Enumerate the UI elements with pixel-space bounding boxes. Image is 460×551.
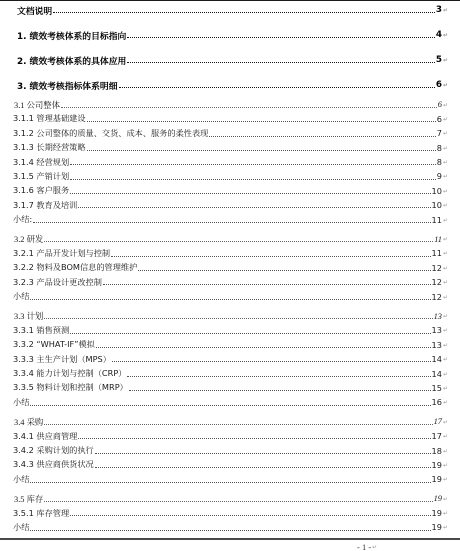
dot-leader (30, 530, 430, 531)
toc-entry-label: 3.1.4 经营规划 (13, 157, 69, 168)
toc-entry[interactable]: 3.3.4 能力计划与控制（CRP）14↵ (0, 366, 460, 380)
toc-entry-label: 3.1.2 公司整体的质量、交货、成本、服务的柔性表现 (13, 128, 208, 139)
paragraph-mark-icon: ↵ (443, 497, 448, 503)
dot-leader (96, 347, 431, 348)
paragraph-mark-icon: ↵ (443, 434, 448, 440)
dot-leader (87, 150, 436, 151)
dot-leader (53, 12, 435, 13)
dot-leader (44, 501, 432, 502)
paragraph-mark-icon: ↵ (443, 328, 448, 334)
toc-entry[interactable]: 3.2.2 物料及BOM信息的管理维护12↵ (0, 261, 460, 275)
toc-entry[interactable]: 3. 绩效考核指标体系明细6↵ (0, 78, 460, 92)
dot-leader (129, 390, 431, 391)
dot-leader (44, 318, 432, 319)
toc-entry[interactable]: 3.4.3 供应商供货状况19↵ (0, 458, 460, 472)
toc-entry[interactable]: 2. 绩效考核体系的具体应用5↵ (0, 53, 460, 67)
toc-page-number: 8 (437, 157, 442, 167)
toc-entry-label: 3.1.6 客户服务 (13, 185, 69, 196)
toc-page-number: 12 (432, 277, 442, 287)
toc-entry-label: 3.1.7 教育及培训 (13, 200, 77, 211)
paragraph-mark-icon: ↵ (443, 237, 448, 243)
toc-page-number: 8 (437, 143, 442, 153)
toc-page-number: 12 (432, 292, 442, 302)
toc-entry-label: 3.2.3 产品设计更改控制 (13, 277, 102, 288)
dot-leader (70, 179, 436, 180)
toc-entry-label: 小结 (13, 397, 29, 408)
toc-entry-label: 3. 绩效考核指标体系明细 (17, 79, 118, 92)
toc-page-number: 15 (432, 383, 442, 393)
toc-page-number: 19 (432, 474, 442, 484)
paragraph-mark-icon: ↵ (443, 400, 448, 406)
toc-entry-label: 3.3 计划 (14, 310, 43, 322)
toc-page-number: 3 (436, 5, 442, 15)
toc-entry[interactable]: 3.2 研发11↵ (0, 232, 460, 246)
toc-entry[interactable]: 小结:11↵ (0, 212, 460, 226)
dot-leader (70, 515, 430, 516)
toc-entry[interactable]: 小结19↵ (0, 520, 460, 534)
dot-leader (103, 284, 431, 285)
dot-leader (70, 193, 430, 194)
dot-leader (95, 453, 431, 454)
toc-page-number: 12 (432, 263, 442, 273)
document-page: 文档说明3↵1. 绩效考核体系的目标指向4↵2. 绩效考核体系的具体应用5↵3.… (0, 0, 460, 551)
toc-page-number: 14 (432, 354, 442, 364)
toc-entry-label: 3.3.4 能力计划与控制（CRP） (13, 368, 126, 379)
toc-page-number: 5 (436, 55, 442, 65)
toc-entry-label: 小结 (13, 291, 29, 302)
toc-entry[interactable]: 3.4.1 供应商管理17↵ (0, 429, 460, 443)
dot-leader (30, 405, 430, 406)
toc-entry[interactable]: 3.1.1 管理基础建设6↵ (0, 112, 460, 126)
paragraph-mark-icon: ↵ (443, 58, 448, 64)
toc-entry[interactable]: 3.3.2 “WHAT-IF”模拟13↵ (0, 338, 460, 352)
toc-entry[interactable]: 3.1.3 长期经营策略8↵ (0, 141, 460, 155)
paragraph-mark-icon: ↵ (443, 117, 448, 123)
dot-leader (95, 467, 431, 468)
toc-entry-label: 3.2 研发 (14, 233, 43, 245)
toc-entry[interactable]: 3.2.1 产品开发计划与控制11↵ (0, 246, 460, 260)
toc-entry[interactable]: 小结19↵ (0, 472, 460, 486)
toc-entry-label: 3.3.3 主生产计划（MPS） (13, 354, 111, 365)
toc-entry-label: 2. 绩效考核体系的具体应用 (17, 54, 126, 67)
toc-entry[interactable]: 3.5.1 库存管理19↵ (0, 506, 460, 520)
dot-leader (111, 256, 430, 257)
paragraph-mark-icon: ↵ (443, 343, 448, 349)
toc-entry[interactable]: 3.5 库存19↵ (0, 492, 460, 506)
toc-entry[interactable]: 3.1.6 客户服务10↵ (0, 184, 460, 198)
paragraph-mark-icon: ↵ (443, 174, 448, 180)
paragraph-mark-icon: ↵ (443, 420, 448, 426)
toc-page-number: 6 (436, 80, 442, 90)
toc-page-number: 4 (436, 30, 442, 40)
toc-page-number: 14 (432, 369, 442, 379)
toc-page-number: 13 (432, 340, 442, 350)
paragraph-mark-icon: ↵ (443, 146, 448, 152)
dot-leader (61, 107, 437, 108)
toc-entry[interactable]: 3.1.4 经营规划8↵ (0, 155, 460, 169)
paragraph-mark-icon: ↵ (443, 218, 448, 224)
paragraph-mark-icon: ↵ (443, 251, 448, 257)
toc-page-number: 9 (437, 171, 442, 181)
toc-entry-label: 3.3.5 物料计划和控制（MRP） (13, 382, 128, 393)
paragraph-mark-icon: ↵ (372, 545, 377, 551)
toc-entry[interactable]: 1. 绩效考核体系的目标指向4↵ (0, 28, 460, 42)
toc-entry-label: 3.2.2 物料及BOM信息的管理维护 (13, 262, 137, 273)
paragraph-mark-icon: ↵ (443, 131, 448, 137)
dot-leader (44, 241, 433, 242)
toc-entry[interactable]: 3.4 采购17↵ (0, 415, 460, 429)
dot-leader (78, 207, 430, 208)
dot-leader (30, 299, 430, 300)
toc-page-number: 13 (432, 325, 442, 335)
toc-entry[interactable]: 3.3 计划13↵ (0, 309, 460, 323)
toc-entry-label: 小结 (13, 522, 29, 533)
toc-entry-label: 3.5.1 库存管理 (13, 508, 69, 519)
toc-page-number: 11 (432, 248, 442, 258)
toc-entry-label: 3.1.1 管理基础建设 (13, 113, 86, 124)
toc-entry[interactable]: 3.1 公司整体6↵ (0, 97, 460, 111)
toc-entry[interactable]: 3.3.3 主生产计划（MPS）14↵ (0, 352, 460, 366)
toc-page-number: 10 (432, 186, 442, 196)
toc-entry-label: 3.4 采购 (14, 416, 43, 428)
toc-page-number: 16 (432, 397, 442, 407)
toc-entry[interactable]: 3.1.5 产销计划9↵ (0, 169, 460, 183)
toc-entry-label: 3.4.2 采购计划的执行 (13, 445, 94, 456)
dot-leader (70, 333, 430, 334)
toc-entry[interactable]: 小结16↵ (0, 395, 460, 409)
paragraph-mark-icon: ↵ (443, 8, 448, 14)
toc-entry[interactable]: 3.3.5 物料计划和控制（MRP）15↵ (0, 381, 460, 395)
paragraph-mark-icon: ↵ (443, 525, 448, 531)
toc-entry-label: 1. 绩效考核体系的目标指向 (17, 29, 126, 42)
toc-entry[interactable]: 3.1.7 教育及培训10↵ (0, 198, 460, 212)
toc-entry-label: 3.3.1 销售预测 (13, 325, 69, 336)
dot-leader (138, 270, 430, 271)
dot-leader (33, 222, 430, 223)
paragraph-mark-icon: ↵ (443, 103, 448, 109)
toc-entry-label: 3.4.1 供应商管理 (13, 431, 77, 442)
page-footer: - 1 - ↵ (0, 538, 460, 551)
toc-page-number: 6 (438, 100, 442, 109)
paragraph-mark-icon: ↵ (443, 386, 448, 392)
dot-leader (87, 121, 436, 122)
toc-page-number: 7 (437, 128, 442, 138)
footer-page-number-row: - 1 - ↵ (0, 540, 460, 551)
dot-leader (127, 37, 435, 38)
toc-entry[interactable]: 3.3.1 销售预测13↵ (0, 323, 460, 337)
paragraph-mark-icon: ↵ (443, 189, 448, 195)
toc-entry-label: 3.1.5 产销计划 (13, 171, 69, 182)
toc-page-number: 11 (432, 215, 442, 225)
paragraph-mark-icon: ↵ (443, 280, 448, 286)
dot-leader (127, 376, 430, 377)
toc-page-number: 19 (432, 460, 442, 470)
dot-leader (78, 438, 430, 439)
toc-entry-label: 3.1 公司整体 (14, 99, 60, 111)
dot-leader (70, 164, 436, 165)
paragraph-mark-icon: ↵ (443, 160, 448, 166)
toc-entry[interactable]: 3.4.2 采购计划的执行18↵ (0, 443, 460, 457)
dot-leader (44, 424, 432, 425)
paragraph-mark-icon: ↵ (443, 266, 448, 272)
toc-page-number: 17 (434, 417, 442, 426)
paragraph-mark-icon: ↵ (443, 372, 448, 378)
toc-page-number: 18 (432, 446, 442, 456)
toc-entry-label: 3.2.1 产品开发计划与控制 (13, 248, 110, 259)
dot-leader (209, 136, 435, 137)
toc-entry-label: 文档说明 (17, 4, 52, 17)
toc-entry[interactable]: 文档说明3↵ (0, 3, 460, 17)
toc-page-number: 10 (432, 200, 442, 210)
paragraph-mark-icon: ↵ (443, 83, 448, 89)
paragraph-mark-icon: ↵ (443, 357, 448, 363)
dot-leader (30, 482, 430, 483)
dot-leader (127, 62, 435, 63)
paragraph-mark-icon: ↵ (443, 295, 448, 301)
toc-entry[interactable]: 3.2.3 产品设计更改控制12↵ (0, 275, 460, 289)
paragraph-mark-icon: ↵ (443, 463, 448, 469)
toc-page-number: 19 (432, 522, 442, 532)
toc-entry-label: 3.5 库存 (14, 493, 43, 505)
toc-entry-label: 3.3.2 “WHAT-IF”模拟 (13, 339, 95, 350)
paragraph-mark-icon: ↵ (443, 33, 448, 39)
toc-entry-label: 小结: (13, 214, 32, 225)
toc-page-number: 19 (432, 508, 442, 518)
paragraph-mark-icon: ↵ (443, 203, 448, 209)
paragraph-mark-icon: ↵ (443, 314, 448, 320)
toc-page-number: 6 (437, 114, 442, 124)
toc-page-number: 13 (434, 312, 442, 321)
toc-page-number: 19 (434, 494, 442, 503)
paragraph-mark-icon: ↵ (443, 449, 448, 455)
paragraph-mark-icon: ↵ (443, 511, 448, 517)
toc-page-number: 11 (434, 235, 442, 244)
page-number-label: - 1 - (357, 542, 371, 551)
paragraph-mark-icon: ↵ (443, 477, 448, 483)
toc-entry[interactable]: 3.1.2 公司整体的质量、交货、成本、服务的柔性表现7↵ (0, 126, 460, 140)
table-of-contents: 文档说明3↵1. 绩效考核体系的目标指向4↵2. 绩效考核体系的具体应用5↵3.… (0, 1, 460, 535)
dot-leader (112, 361, 431, 362)
toc-entry-label: 小结 (13, 474, 29, 485)
dot-leader (119, 87, 435, 88)
toc-entry-label: 3.1.3 长期经营策略 (13, 142, 86, 153)
toc-page-number: 17 (432, 431, 442, 441)
toc-entry-label: 3.4.3 供应商供货状况 (13, 459, 94, 470)
toc-entry[interactable]: 小结12↵ (0, 289, 460, 303)
